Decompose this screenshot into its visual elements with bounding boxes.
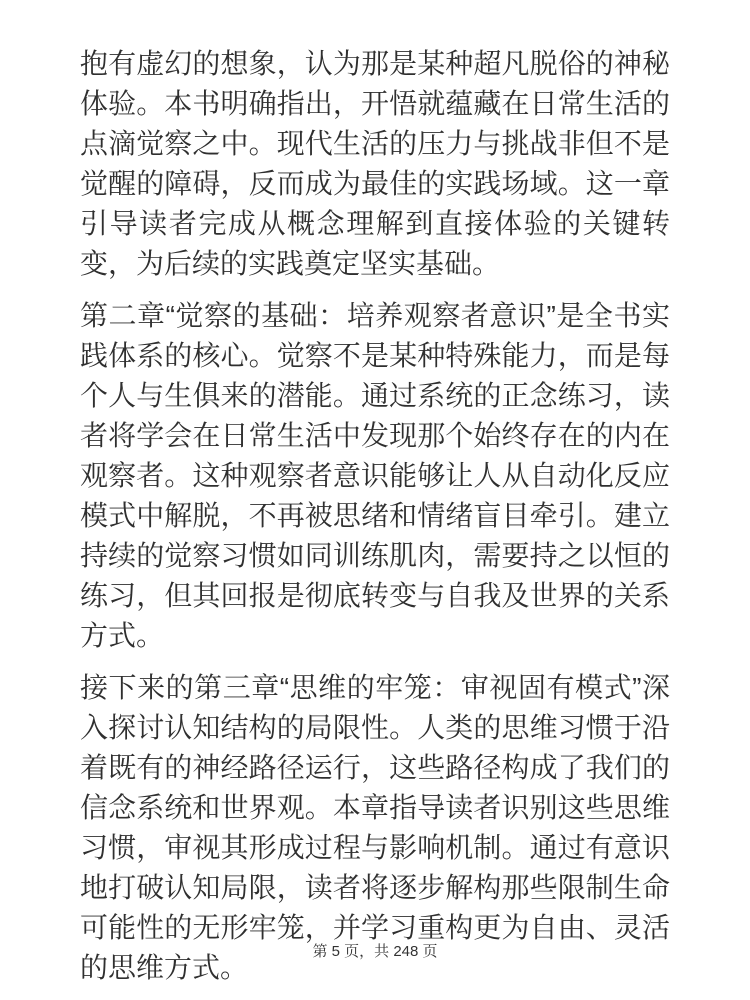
- body-paragraph: 第二章“觉察的基础：培养观察者意识”是全书实践体系的核心。觉察不是某种特殊能力，…: [80, 296, 670, 656]
- page-footer: 第 5 页，共 248 页: [0, 941, 750, 963]
- page-content: 抱有虚幻的想象，认为那是某种超凡脱俗的神秘体验。本书明确指出，开悟就蕴藏在日常生…: [80, 44, 670, 1000]
- document-page: 抱有虚幻的想象，认为那是某种超凡脱俗的神秘体验。本书明确指出，开悟就蕴藏在日常生…: [0, 0, 750, 1000]
- page-number-indicator: 第 5 页，共 248 页: [312, 943, 437, 960]
- body-paragraph: 抱有虚幻的想象，认为那是某种超凡脱俗的神秘体验。本书明确指出，开悟就蕴藏在日常生…: [80, 44, 670, 284]
- body-paragraph: 接下来的第三章“思维的牢笼：审视固有模式”深入探讨认知结构的局限性。人类的思维习…: [80, 668, 670, 988]
